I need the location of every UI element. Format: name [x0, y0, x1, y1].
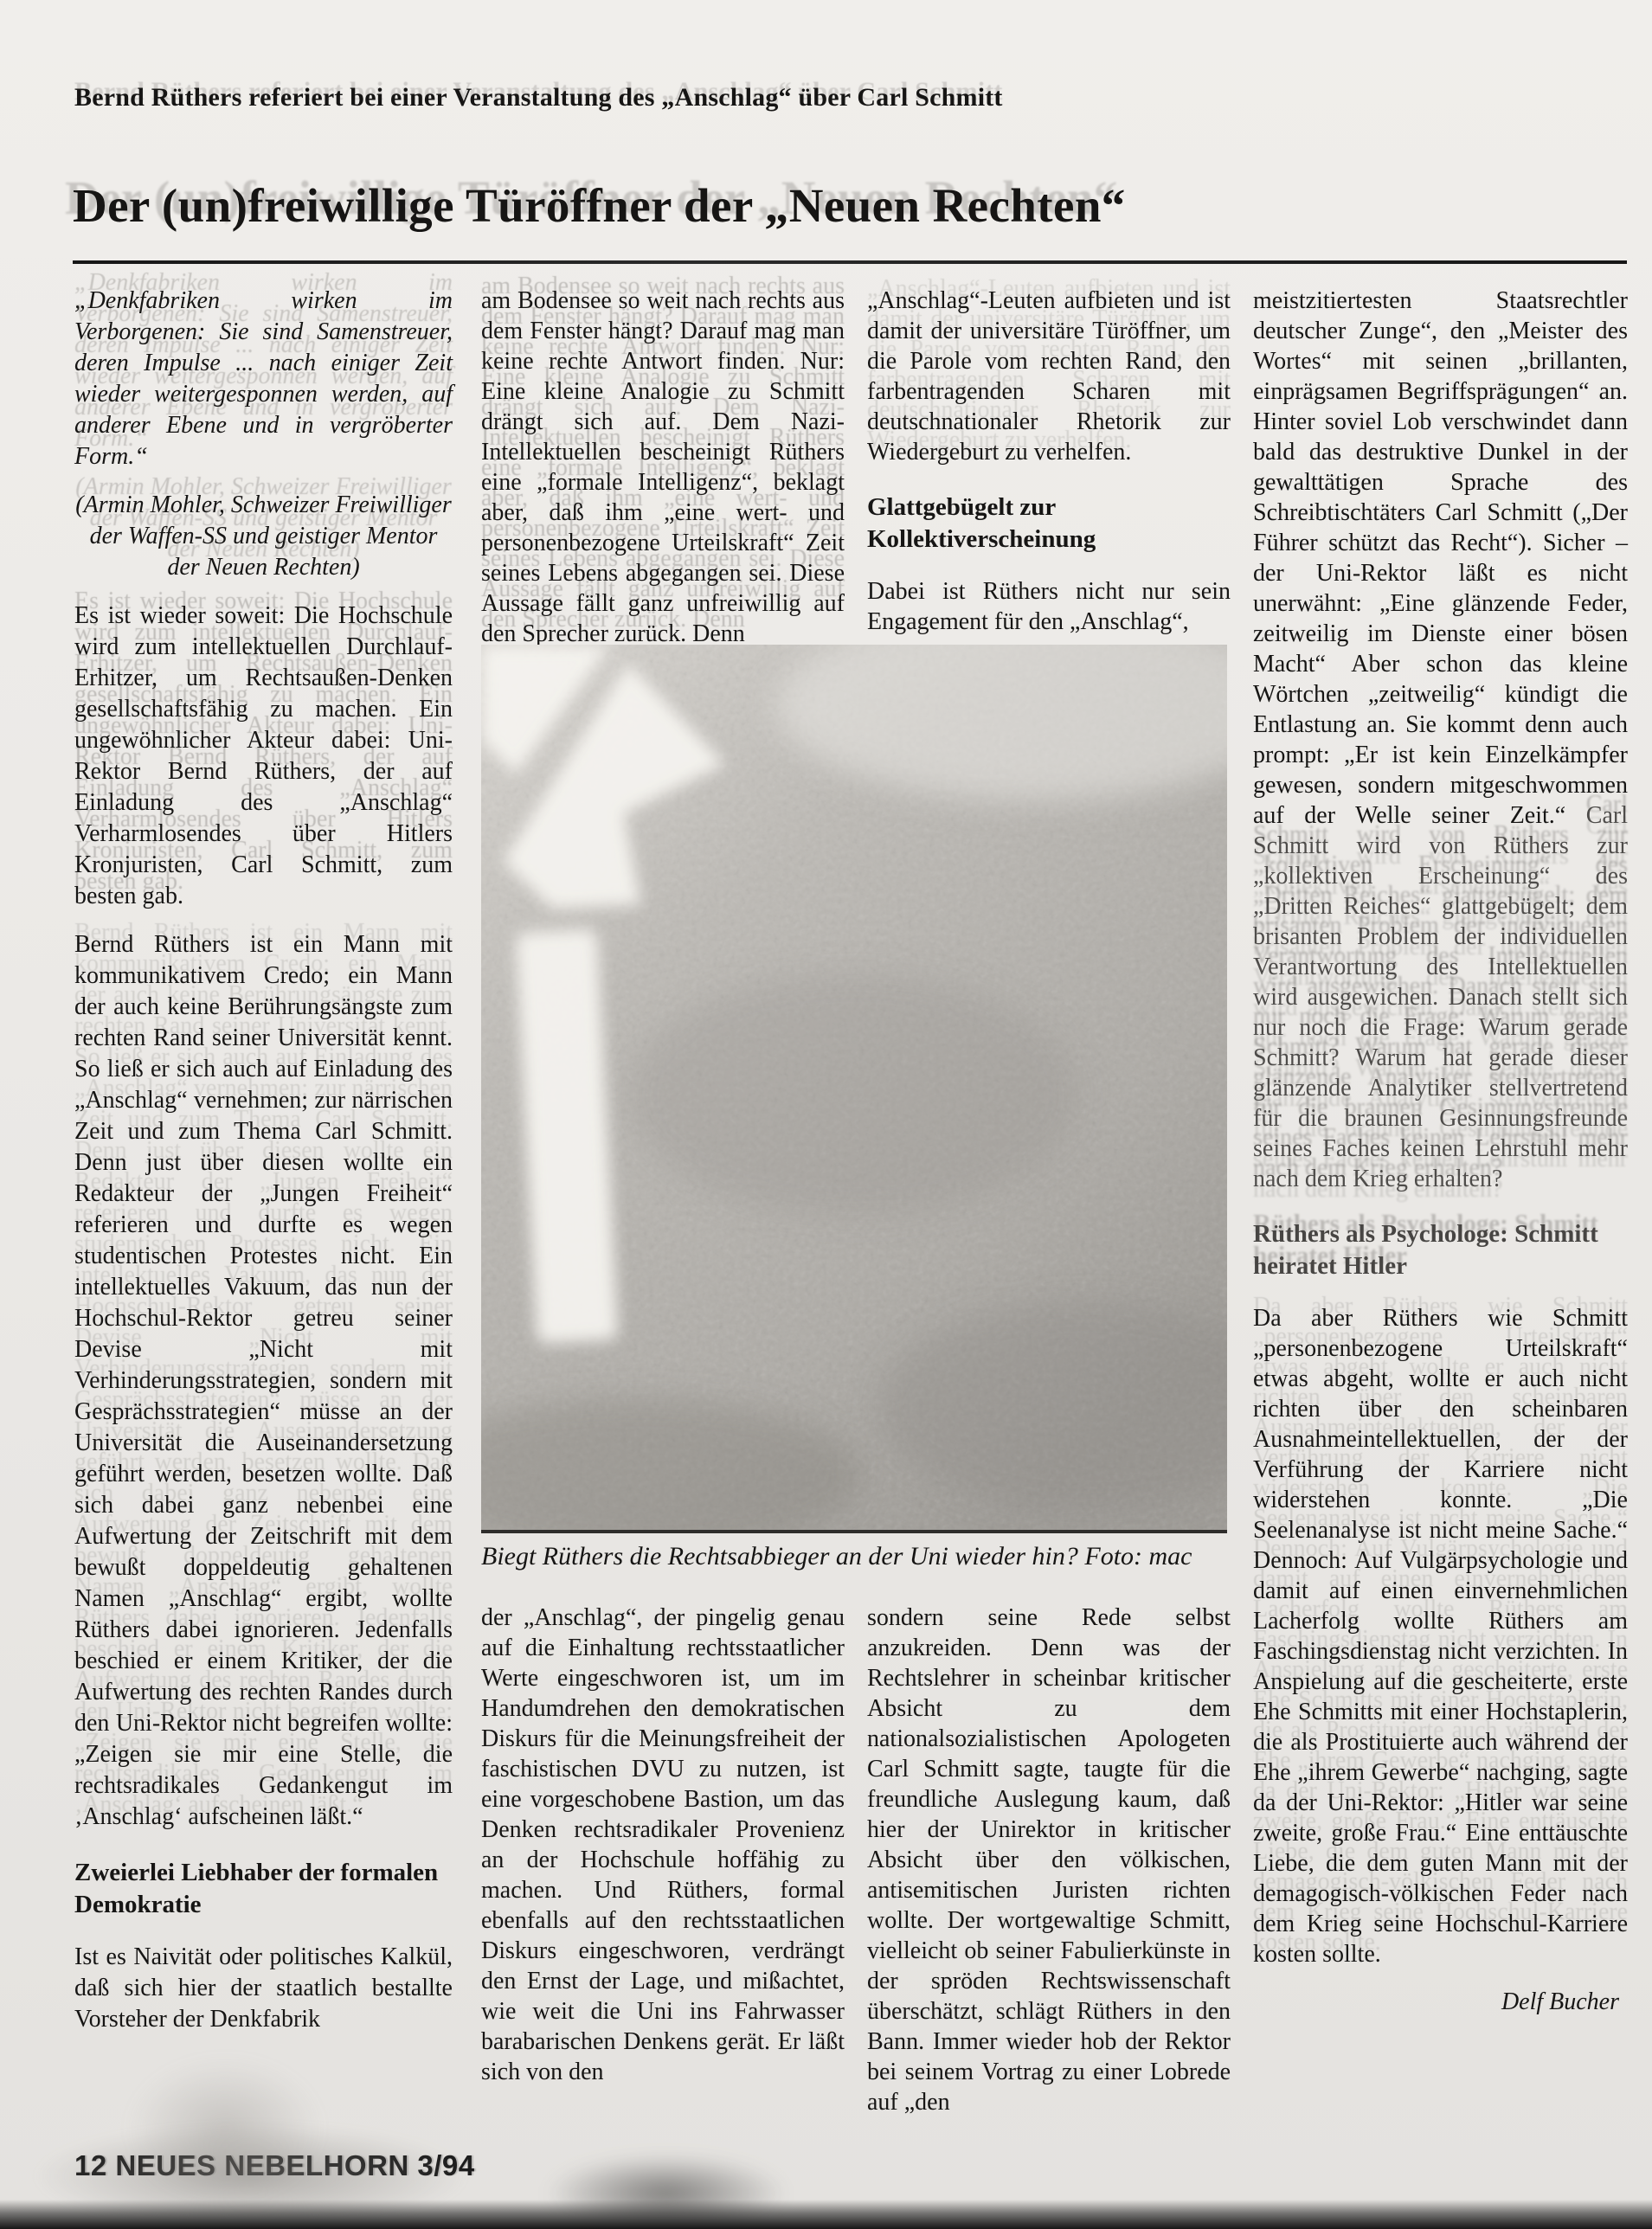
article-paragraph: am Bodensee so weit nach rechts aus dem … — [481, 286, 845, 649]
article-paragraph: der „Anschlag“, der pingelig genau auf d… — [481, 1603, 845, 2087]
column-3-top: „Anschlag“-Leuten aufbieten und ist dami… — [867, 286, 1231, 654]
article-photo — [481, 645, 1227, 1533]
article-paragraph: Bernd Rüthers ist ein Mann mit kommunika… — [74, 929, 453, 1833]
column-3-bottom: sondern seine Rede selbst anzukreiden. D… — [867, 1603, 1231, 2135]
subhead-ruethers-als-psychologe: Rüthers als Psychologe: Schmitt heiratet… — [1253, 1218, 1628, 1282]
article-paragraph: meistzitiertesten Staatsrechtler deutsch… — [1253, 286, 1628, 1194]
column-4: meistzitiertesten Staatsrechtler deutsch… — [1253, 286, 1628, 2034]
scan-edge-shadow — [0, 2200, 1652, 2229]
column-1: „Denkfabriken wirken im Verborgenen: Sie… — [74, 286, 453, 2052]
article-paragraph: Dabei ist Rüthers nicht nur sein Engagem… — [867, 576, 1231, 637]
column-2-bottom: der „Anschlag“, der pingelig genau auf d… — [481, 1603, 845, 2104]
article-paragraph: Ist es Naivität oder politisches Kalkül,… — [74, 1942, 453, 2035]
article-paragraph: Da aber Rüthers wie Schmitt „personenbez… — [1253, 1303, 1628, 1969]
quote-attribution: (Armin Mohler, Schweizer Freiwilliger de… — [74, 490, 453, 583]
subhead-glattgebuegelt: Glattgebügelt zur Kollektiverscheinung — [867, 491, 1231, 556]
column-2-top: am Bodensee so weit nach rechts aus dem … — [481, 286, 845, 666]
kicker: Bernd Rüthers referiert bei einer Verans… — [74, 83, 1372, 112]
page-title: Der (un)freiwillige Türöffner der „Neuen… — [73, 178, 1371, 233]
article-paragraph: Es ist wieder soweit: Die Hochschule wir… — [74, 601, 453, 912]
article-paragraph: sondern seine Rede selbst anzukreiden. D… — [867, 1603, 1231, 2117]
road-arrow-photo-graphic — [481, 645, 1227, 1530]
newspaper-page: { "page": { "kicker": "Bernd Rüthers ref… — [0, 0, 1652, 2229]
paragraph-segment: meistzitiertesten Staatsrechtler deutsch… — [1253, 287, 1628, 829]
subhead-zweierlei-liebhaber: Zweierlei Liebhaber der formalen Demokra… — [74, 1857, 453, 1921]
author-byline: Delf Bucher — [1253, 1987, 1628, 2017]
article-paragraph: „Anschlag“-Leuten aufbieten und ist dami… — [867, 286, 1231, 467]
photo-caption: Biegt Rüthers die Rechtsabbieger an der … — [481, 1542, 1243, 1571]
headline-rule — [73, 260, 1627, 264]
paragraph-segment-faded: Carl Schmitt wird von Rüthers zur „kolle… — [1253, 802, 1628, 1192]
pull-quote: „Denkfabriken wirken im Verborgenen: Sie… — [74, 286, 453, 472]
